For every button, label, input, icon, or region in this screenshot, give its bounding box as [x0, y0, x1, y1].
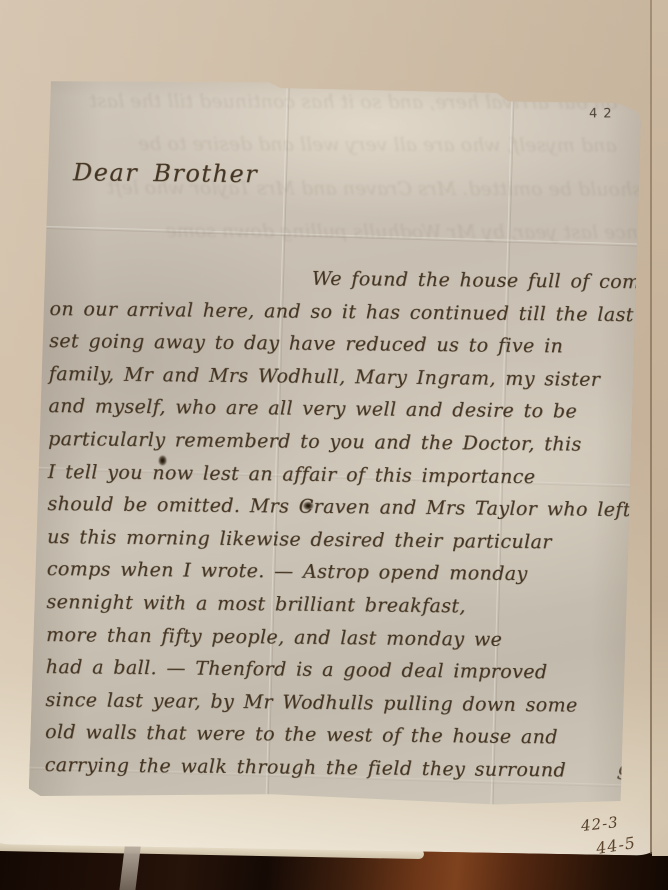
letter-text: Dear Brother We found the house full of …: [42, 74, 642, 802]
letter-line: carrying the walk through the field they…: [45, 749, 637, 788]
letter-salutation: Dear Brother: [73, 158, 258, 188]
letter-paper: on our arrival here, and so it has conti…: [29, 74, 642, 813]
album-page-edge-line: [650, 0, 652, 854]
letter-body: We found the house full of company on ou…: [45, 260, 642, 788]
album-right-margin: [652, 0, 668, 856]
letter-line: sennight with a most brilliant breakfast…: [46, 586, 638, 625]
archive-photo: on our arrival here, and so it has conti…: [0, 0, 668, 890]
